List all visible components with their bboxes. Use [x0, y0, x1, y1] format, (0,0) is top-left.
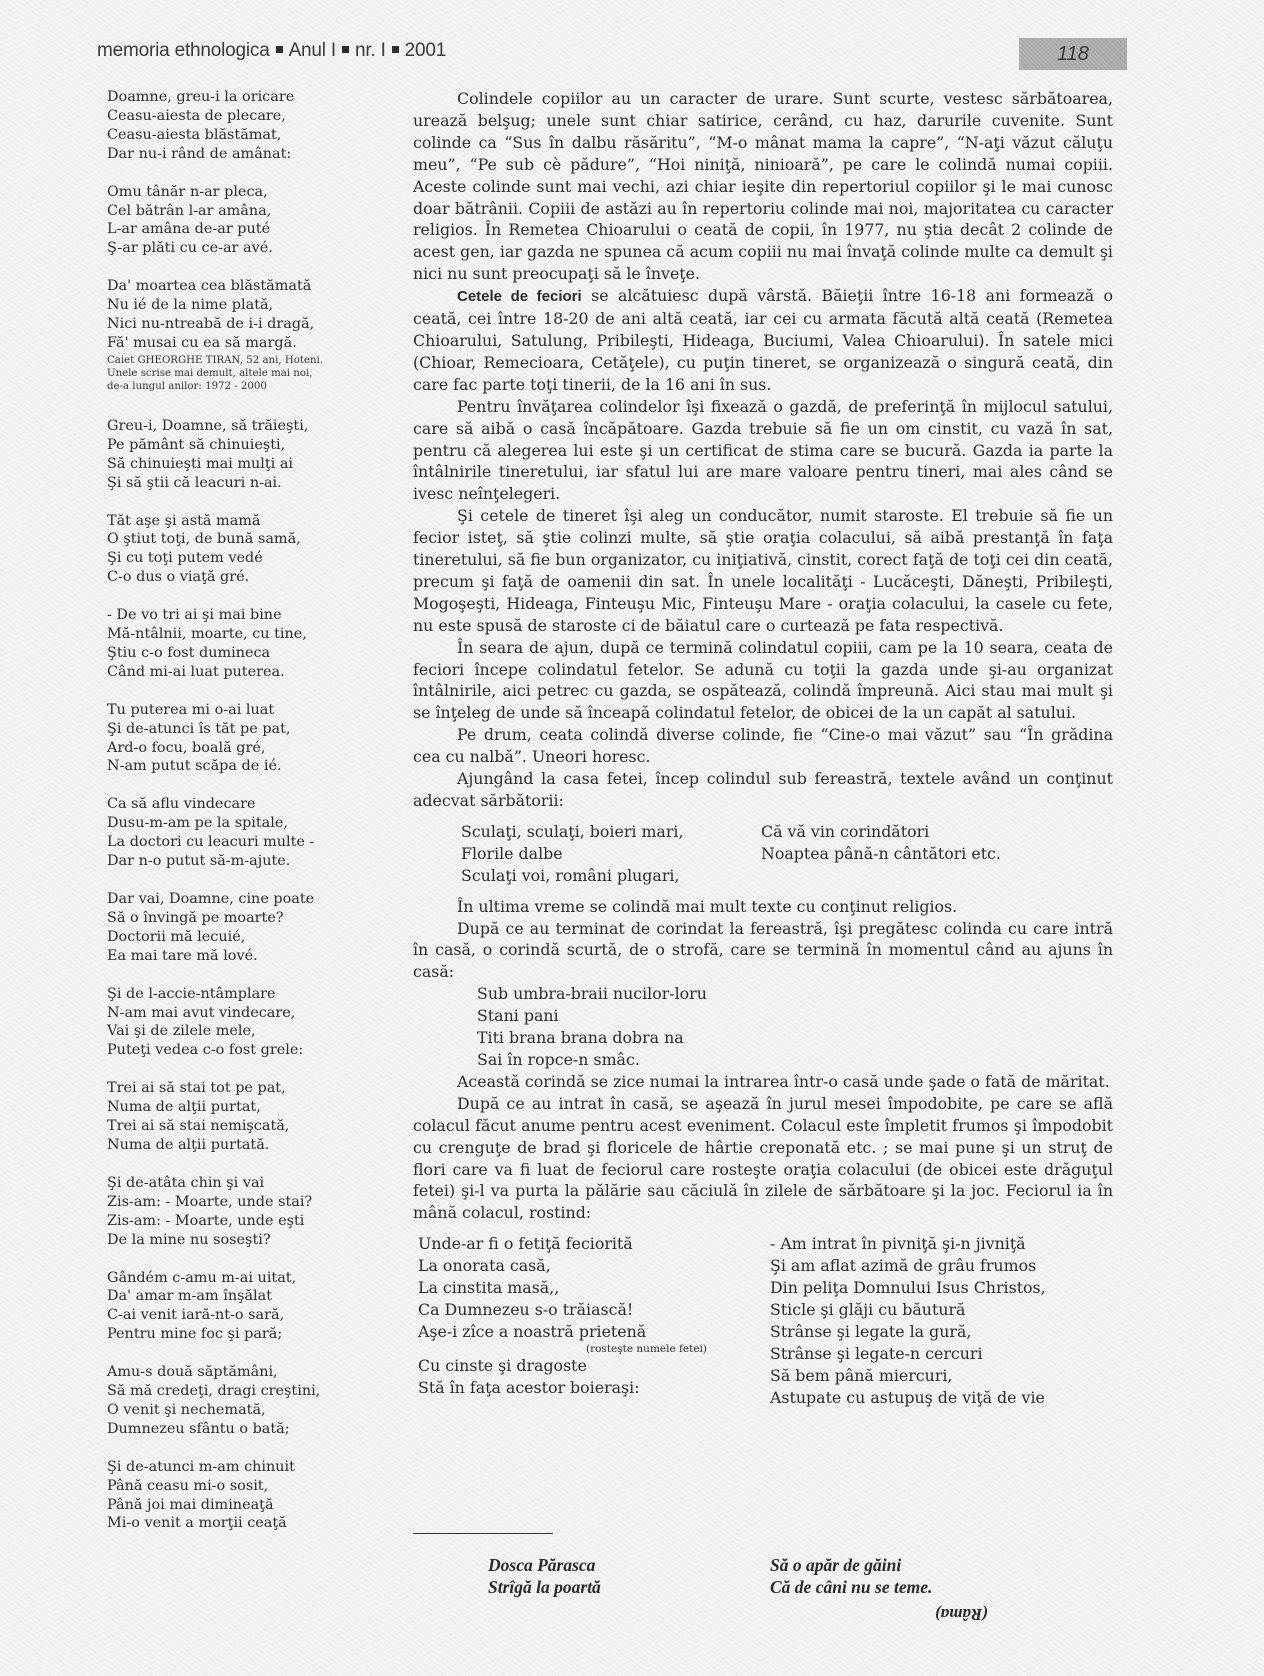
verse-line: Sticle şi glăji cu băutură [770, 1299, 1046, 1321]
paragraph-colac: După ce au intrat în casă, se aşează în … [413, 1093, 1113, 1224]
verse-line: Cu cinste şi dragoste [418, 1355, 770, 1377]
signature: (Râma) [935, 1604, 988, 1624]
poem-line: O venit şi nechemată, [107, 1401, 397, 1420]
stanza: Ca să aflu vindecareDusu-m-am pe la spit… [107, 795, 397, 871]
paragraph-eve: În seara de ajun, după ce termină colind… [413, 637, 1113, 725]
poem-line: Tăt aşe şi astă mamă [107, 512, 397, 531]
journal-issue-label: nr. I [355, 40, 386, 61]
stanza: Şi de l-accie-ntâmplareN-am mai avut vin… [107, 985, 397, 1061]
verse-line: Sculaţi, sculaţi, boieri mari, [461, 821, 761, 843]
poem-line: Să mă credeţi, dragi creştini, [107, 1382, 397, 1401]
poem-line: Dar vai, Doamne, cine poate [107, 890, 397, 909]
poem-line: Ştiu c-o fost dumineca [107, 644, 397, 663]
poem-line: Zis-am: - Moarte, unde stai? [107, 1193, 397, 1212]
verse-line: Sai în ropce-n smâc. [477, 1049, 1113, 1071]
poem-line: Fă' musai cu ea să margă. [107, 334, 397, 353]
journal-year-label: Anul I [289, 40, 336, 61]
stanza: Trei ai să stai tot pe pat,Numa de alţii… [107, 1079, 397, 1155]
verse-right: Că vă vin corindătoriNoaptea până-n cânt… [761, 821, 1061, 887]
poem-line: Omu tânăr n-ar pleca, [107, 183, 397, 202]
verse-line: Stă în faţa acestor boieraşi: [418, 1377, 770, 1399]
source-caption: Caiet GHEORGHE TIRAN, 52 ani, Hoteni.Une… [107, 354, 397, 393]
poem-line: Ard-o focu, boală gré, [107, 739, 397, 758]
verse-line: Să bem până miercuri, [770, 1365, 1046, 1387]
poem-line: Dar n-o putut să-m-ajute. [107, 852, 397, 871]
paragraph-marriageable: Această corindă se zice numai la intrare… [413, 1071, 1113, 1093]
poem-line: L-ar amâna de-ar puté [107, 220, 397, 239]
poem-line: Mă-ntâlnii, moarte, cu tine, [107, 625, 397, 644]
poem-line: De la mine nu soseşti? [107, 1231, 397, 1250]
article-column: Colindele copiilor au un caracter de ura… [413, 88, 1113, 1408]
page-number: 118 [1057, 43, 1089, 66]
poem-line: Greu-i, Doamne, să trăieşti, [107, 417, 397, 436]
verse-line: Unde-ar fi o fetiţă feciorită [418, 1233, 770, 1255]
caption-line: Unele scrise mai demult, altele mai noi, [107, 367, 397, 380]
stanza: Şi de-atâta chin şi vaiZis-am: - Moarte,… [107, 1174, 397, 1250]
verse-line: Sculaţi voi, români plugari, [461, 865, 761, 887]
paragraph-host: Pentru învăţarea colindelor îşi fixează … [413, 396, 1113, 506]
verse-line: Noaptea până-n cântători etc. [761, 843, 1061, 865]
section-divider [413, 1533, 553, 1534]
poem-line: Pentru mine foc şi pară; [107, 1325, 397, 1344]
caption-line: de-a lungul anilor: 1972 - 2000 [107, 380, 397, 393]
poem-line: Până joi mai dimineaţă [107, 1496, 397, 1515]
verse-line: Strîgă la poartă [488, 1576, 601, 1598]
poem-line: Trei ai să stai tot pe pat, [107, 1079, 397, 1098]
verse-line: La onorata casă, [418, 1255, 770, 1277]
verse-left: Sculaţi, sculaţi, boieri mari,Florile da… [461, 821, 761, 887]
poem-line: Şi de-atunci îs tăt pe pat, [107, 720, 397, 739]
poem-line: Nici nu-ntreabă de i-i dragă, [107, 315, 397, 334]
poem-line: Ceasu-aiesta de plecare, [107, 107, 397, 126]
verse-line: La cinstita masă,, [418, 1277, 770, 1299]
oration-note: (rosteşte numele fetei) [418, 1343, 770, 1355]
poem-line: Dar nu-i rând de amânat: [107, 145, 397, 164]
poem-line: N-am putut scăpa de ié. [107, 757, 397, 776]
square-bullet-icon [342, 46, 349, 53]
poem-line: Amu-s două săptămâni, [107, 1363, 397, 1382]
poem-line: Mi-o venit a morţii ceaţă [107, 1514, 397, 1533]
verse-line: Sub umbra-braii nucilor-loru [477, 983, 1113, 1005]
stanza: Omu tânăr n-ar pleca,Cel bătrân l-ar amâ… [107, 183, 397, 259]
footer-verse-right: Să o apăr de găiniCă de câni nu se teme. [770, 1554, 932, 1598]
poem-line: Şi de l-accie-ntâmplare [107, 985, 397, 1004]
stanza: Amu-s două săptămâni,Să mă credeţi, drag… [107, 1363, 397, 1439]
stanza: Da' moartea cea blăstămatăNu ié de la ni… [107, 277, 397, 353]
entry-carol-verse: Sub umbra-braii nucilor-loruStani paniTi… [477, 983, 1113, 1071]
poem-line: Puteţi vedea c-o fost grele: [107, 1041, 397, 1060]
poem-line: Când mi-ai luat puterea. [107, 663, 397, 682]
poem-line: Tu puterea mi o-ai luat [107, 701, 397, 720]
poem-line: Ca să aflu vindecare [107, 795, 397, 814]
verse-line: Că de câni nu se teme. [770, 1576, 932, 1598]
poem-line: C-o dus o viaţă gré. [107, 568, 397, 587]
poem-line: Numa de alţii purtată. [107, 1136, 397, 1155]
verse-line: Stani pani [477, 1005, 1113, 1027]
square-bullet-icon [392, 46, 399, 53]
poem-line: Pe pământ să chinuieşti, [107, 436, 397, 455]
verse-line: Florile dalbe [461, 843, 761, 865]
journal-year: 2001 [405, 40, 446, 61]
square-bullet-icon [276, 46, 283, 53]
window-carol-verse: Sculaţi, sculaţi, boieri mari,Florile da… [461, 821, 1113, 887]
stanza: Tăt aşe şi astă mamăO ştiut toţi, de bun… [107, 512, 397, 588]
poem-line: Şi de-atunci m-am chinuit [107, 1458, 397, 1477]
poem-column: Doamne, greu-i la oricareCeasu-aiesta de… [107, 88, 397, 1552]
poem-line: Numa de alţii purtat, [107, 1098, 397, 1117]
paragraph-lads-groups: Cetele de feciori se alcătuiesc după vâr… [413, 285, 1113, 396]
poem-line: La doctori cu leacuri multe - [107, 833, 397, 852]
poem-line: Trei ai să stai nemişcată, [107, 1117, 397, 1136]
oration-left: Unde-ar fi o fetiţă feciorităLa onorata … [413, 1233, 770, 1408]
poem-line: Cel bătrân l-ar amâna, [107, 202, 397, 221]
running-header: memoria ethnologicaAnul Inr. I2001 118 [97, 38, 1127, 68]
poem-line: Da' moartea cea blăstămată [107, 277, 397, 296]
poem-line: Vai şi de zilele mele, [107, 1022, 397, 1041]
paragraph-entering: După ce au terminat de corindat la ferea… [413, 918, 1113, 984]
poem-line: Şi de-atâta chin şi vai [107, 1174, 397, 1193]
verse-line: Şi am aflat azimă de grâu frumos [770, 1255, 1046, 1277]
poem-line: Până ceasu mi-o sosit, [107, 1477, 397, 1496]
poem-line: Ş-ar plăti cu ce-ar avé. [107, 239, 397, 258]
poem-line: Să o învingă pe moarte? [107, 909, 397, 928]
poem-line: - De vo tri ai şi mai bine [107, 606, 397, 625]
verse-line: Titi brana brana dobra na [477, 1027, 1113, 1049]
footer-verse-left: Dosca PărascaStrîgă la poartă [488, 1554, 601, 1598]
verse-line: Să o apăr de găini [770, 1554, 932, 1576]
stanza: Tu puterea mi o-ai luatŞi de-atunci îs t… [107, 701, 397, 777]
colac-oration: Unde-ar fi o fetiţă feciorităLa onorata … [413, 1233, 1113, 1408]
poem-line: Să chinuieşti mai mulţi ai [107, 455, 397, 474]
journal-name: memoria ethnologica [97, 40, 270, 61]
poem-line: Şi cu toţi putem vedé [107, 549, 397, 568]
poem-line: Doctorii mă lecuié, [107, 928, 397, 947]
verse-line: Că vă vin corindători [761, 821, 1061, 843]
stanza: Greu-i, Doamne, să trăieşti,Pe pământ să… [107, 417, 397, 493]
poem-line: Ceasu-aiesta blăstămat, [107, 126, 397, 145]
poem-line: Doamne, greu-i la oricare [107, 88, 397, 107]
poem-line: Da' amar m-am înşălat [107, 1287, 397, 1306]
bold-term: Cetele de feciori [457, 288, 582, 305]
poem-line: Gândém c-amu m-ai uitat, [107, 1269, 397, 1288]
paragraph-religious: În ultima vreme se colindă mai mult text… [413, 896, 1113, 918]
paragraph-arriving: Ajungând la casa fetei, încep colindul s… [413, 768, 1113, 812]
stanza: - De vo tri ai şi mai bineMă-ntâlnii, mo… [107, 606, 397, 682]
poem-line: Nu ié de la nime plată, [107, 296, 397, 315]
verse-line: - Am intrat în pivniţă şi-n jivniţă [770, 1233, 1046, 1255]
verse-line: Strânse şi legate-n cercuri [770, 1343, 1046, 1365]
verse-line: Aşe-i zîce a noastră prietenă [418, 1321, 770, 1343]
journal-header-title: memoria ethnologicaAnul Inr. I2001 [97, 40, 446, 62]
verse-line: Ca Dumnezeu s-o trăiască! [418, 1299, 770, 1321]
poem-line: N-am mai avut vindecare, [107, 1004, 397, 1023]
verse-line: Din peliţa Domnului Isus Christos, [770, 1277, 1046, 1299]
poem-line: Şi să ştii că leacuri n-ai. [107, 474, 397, 493]
paragraph-on-the-road: Pe drum, ceata colindă diverse colinde, … [413, 724, 1113, 768]
poem-line: Dusu-m-am pe la spitale, [107, 814, 397, 833]
stanza: Şi de-atunci m-am chinuitPână ceasu mi-o… [107, 1458, 397, 1534]
paragraph-children-carols: Colindele copiilor au un caracter de ura… [413, 88, 1113, 285]
verse-line: Astupate cu astupuş de viţă de vie [770, 1387, 1046, 1409]
poem-line: Ea mai tare mă lové. [107, 947, 397, 966]
verse-line: Dosca Părasca [488, 1554, 601, 1576]
stanza: Dar vai, Doamne, cine poateSă o învingă … [107, 890, 397, 966]
paragraph-staroste: Şi cetele de tineret îşi aleg un conducă… [413, 505, 1113, 636]
poem-line: C-ai venit iară-nt-o sară, [107, 1306, 397, 1325]
poem-line: Dumnezeu sfântu o bată; [107, 1420, 397, 1439]
stanza: Gândém c-amu m-ai uitat,Da' amar m-am în… [107, 1269, 397, 1345]
poem-line: Zis-am: - Moarte, unde eşti [107, 1212, 397, 1231]
verse-line: Strânse şi legate la gură, [770, 1321, 1046, 1343]
page-number-box: 118 [1019, 38, 1127, 70]
poem-line: O ştiut toţi, de bună samă, [107, 530, 397, 549]
caption-line: Caiet GHEORGHE TIRAN, 52 ani, Hoteni. [107, 354, 397, 367]
oration-right: - Am intrat în pivniţă şi-n jivniţăŞi am… [770, 1233, 1046, 1408]
stanza: Doamne, greu-i la oricareCeasu-aiesta de… [107, 88, 397, 164]
